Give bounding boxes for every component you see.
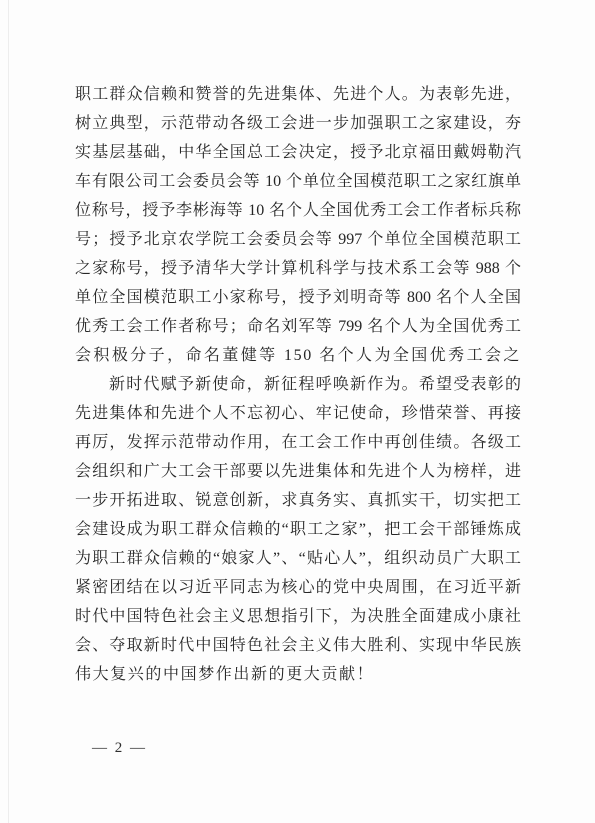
text-line: 会组织和广大工会干部要以先进集体和先进个人为榜样，进	[75, 457, 521, 486]
text-line: 位称号，授予李彬海等 10 名个人全国优秀工会工作者标兵称	[75, 196, 521, 225]
text-line: 优秀工会工作者称号；命名刘军等 799 名个人为全国优秀工	[75, 312, 521, 341]
page-number: — 2 —	[92, 737, 147, 759]
text-line: 新时代赋予新使命，新征程呼唤新作为。希望受表彰的	[75, 370, 521, 399]
text-line: 职工群众信赖和赞誉的先进集体、先进个人。为表彰先进，	[75, 80, 521, 109]
text-line: 伟大复兴的中国梦作出新的更大贡献！	[75, 660, 521, 689]
text-line: 为职工群众信赖的“娘家人”、“贴心人”，组织动员广大职工	[75, 544, 521, 573]
text-line: 树立典型，示范带动各级工会进一步加强职工之家建设，夯	[75, 109, 521, 138]
text-line: 车有限公司工会委员会等 10 个单位全国模范职工之家红旗单	[75, 167, 521, 196]
text-line: 之家称号，授予清华大学计算机科学与技术系工会等 988 个	[75, 254, 521, 283]
scan-edge-line	[8, 0, 9, 823]
text-line: 会积极分子，命名董健等 150 名个人为全国优秀工会之友。	[75, 341, 521, 370]
text-line: 时代中国特色社会主义思想指引下，为决胜全面建成小康社	[75, 602, 521, 631]
document-page: 职工群众信赖和赞誉的先进集体、先进个人。为表彰先进， 树立典型，示范带动各级工会…	[0, 0, 595, 823]
body-text: 职工群众信赖和赞誉的先进集体、先进个人。为表彰先进， 树立典型，示范带动各级工会…	[75, 80, 521, 689]
text-line: 号；授予北京农学院工会委员会等 997 个单位全国模范职工	[75, 225, 521, 254]
text-line: 会建设成为职工群众信赖的“职工之家”，把工会干部锤炼成	[75, 515, 521, 544]
text-line: 实基层基础，中华全国总工会决定，授予北京福田戴姆勒汽	[75, 138, 521, 167]
text-line: 会、夺取新时代中国特色社会主义伟大胜利、实现中华民族	[75, 631, 521, 660]
text-line: 先进集体和先进个人不忘初心、牢记使命，珍惜荣誉、再接	[75, 399, 521, 428]
text-line: 单位全国模范职工小家称号，授予刘明奇等 800 名个人全国	[75, 283, 521, 312]
text-line: 再厉，发挥示范带动作用，在工会工作中再创佳绩。各级工	[75, 428, 521, 457]
text-line: 一步开拓进取、锐意创新，求真务实、真抓实干，切实把工	[75, 486, 521, 515]
text-line: 紧密团结在以习近平同志为核心的党中央周围，在习近平新	[75, 573, 521, 602]
